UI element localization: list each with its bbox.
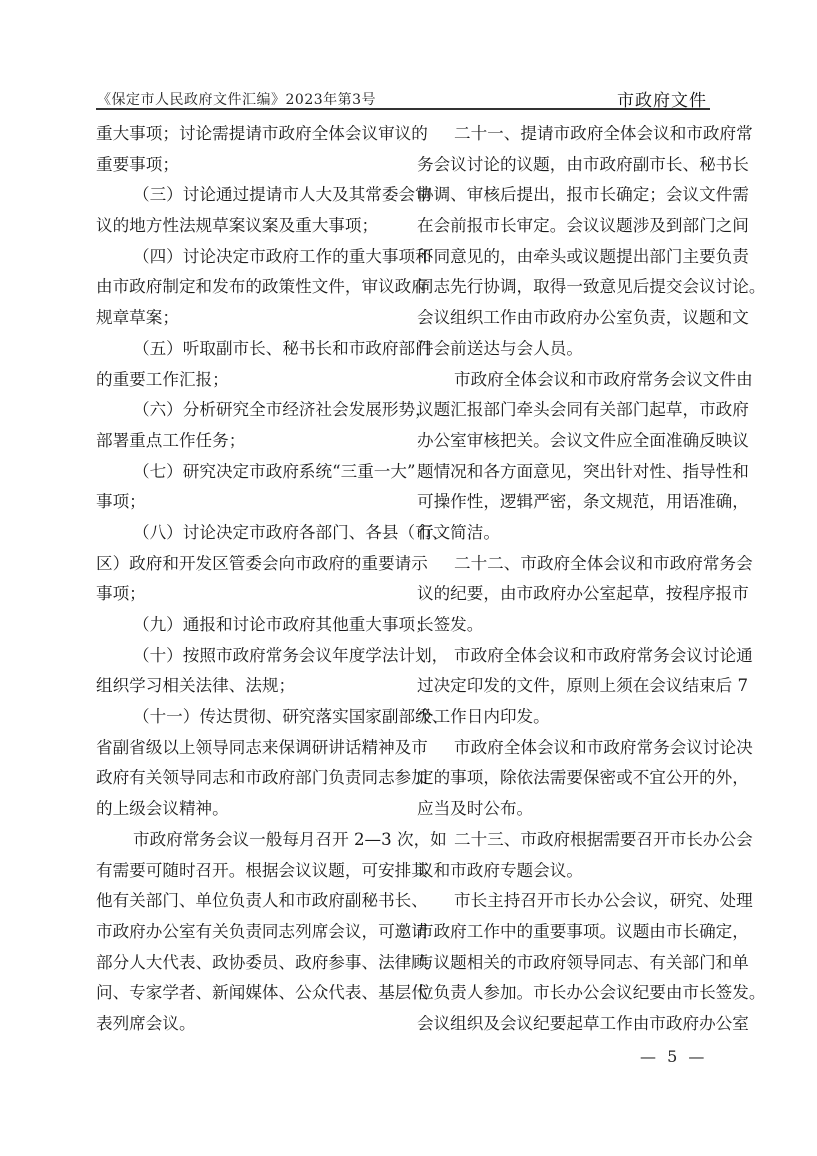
left-text-column: 重大事项；讨论需提请市政府全体会议审议的重要事项；（三）讨论通过提请市人大及其常…	[96, 121, 392, 1042]
text-line: 二十二、市政府全体会议和市政府常务会	[417, 551, 713, 582]
text-line: 可操作性，逻辑严密，条文规范，用语准确，	[417, 489, 713, 520]
text-line: 市政府全体会议和市政府常务会议讨论决	[417, 735, 713, 766]
text-line: 二十三、市政府根据需要召开市长办公会	[417, 827, 713, 858]
text-line: 件会前送达与会人员。	[417, 336, 713, 367]
text-line: 重要事项；	[96, 152, 392, 183]
text-line: 市政府工作中的重要事项。议题由市长确定，	[417, 919, 713, 950]
text-line: 办公室审核把关。会议文件应全面准确反映议	[417, 428, 713, 459]
text-line: 事项；	[96, 489, 392, 520]
text-line: 议题汇报部门牵头会同有关部门起草，市政府	[417, 397, 713, 428]
text-line: 过决定印发的文件，原则上须在会议结束后 7	[417, 673, 713, 704]
text-line: 市政府常务会议一般每月召开 2—3 次，如	[96, 827, 392, 858]
text-line: （十一）传达贯彻、研究落实国家副部级、	[96, 704, 392, 735]
text-line: 区）政府和开发区管委会向市政府的重要请示	[96, 551, 392, 582]
text-line: （八）讨论决定市政府各部门、各县（市、	[96, 520, 392, 551]
text-line: （三）讨论通过提请市人大及其常委会审	[96, 182, 392, 213]
text-line: 的重要工作汇报；	[96, 367, 392, 398]
text-line: 议的纪要，由市政府办公室起草，按程序报市	[417, 581, 713, 612]
text-line: 规章草案；	[96, 305, 392, 336]
text-line: 行文简洁。	[417, 520, 713, 551]
text-line: 表列席会议。	[96, 1011, 392, 1042]
text-line: 定的事项，除依法需要保密或不宜公开的外，	[417, 765, 713, 796]
text-line: （七）研究决定市政府系统“三重一大”	[96, 459, 392, 490]
text-line: 市政府全体会议和市政府常务会议文件由	[417, 367, 713, 398]
text-line: 长签发。	[417, 612, 713, 643]
text-line: 会议组织工作由市政府办公室负责，议题和文	[417, 305, 713, 336]
right-text-column: 二十一、提请市政府全体会议和市政府常务会议讨论的议题，由市政府副市长、秘书长协调…	[417, 121, 713, 1042]
text-line: 有需要可随时召开。根据会议议题，可安排其	[96, 858, 392, 889]
publication-title: 《保定市人民政府文件汇编》2023年第3号	[97, 89, 376, 109]
text-line: 议的地方性法规草案议案及重大事项；	[96, 213, 392, 244]
header-divider	[96, 108, 710, 110]
text-line: 政府有关领导同志和市政府部门负责同志参加	[96, 765, 392, 796]
text-line: 协调、审核后提出，报市长确定；会议文件需	[417, 182, 713, 213]
text-line: 议和市政府专题会议。	[417, 858, 713, 889]
text-line: 他有关部门、单位负责人和市政府副秘书长、	[96, 888, 392, 919]
text-line: 市长主持召开市长办公会议，研究、处理	[417, 888, 713, 919]
text-line: 组织学习相关法律、法规；	[96, 673, 392, 704]
text-line: 个工作日内印发。	[417, 704, 713, 735]
text-line: 部署重点工作任务；	[96, 428, 392, 459]
text-line: （四）讨论决定市政府工作的重大事项和	[96, 244, 392, 275]
text-line: 的上级会议精神。	[96, 796, 392, 827]
text-line: 省副省级以上领导同志来保调研讲话精神及市	[96, 735, 392, 766]
text-line: 会议组织及会议纪要起草工作由市政府办公室	[417, 1011, 713, 1042]
text-line: 同志先行协调，取得一致意见后提交会议讨论。	[417, 274, 713, 305]
text-line: 不同意见的，由牵头或议题提出部门主要负责	[417, 244, 713, 275]
text-line: 问、专家学者、新闻媒体、公众代表、基层代	[96, 980, 392, 1011]
text-line: 应当及时公布。	[417, 796, 713, 827]
text-line: （九）通报和讨论市政府其他重大事项；	[96, 612, 392, 643]
text-line: 市政府办公室有关负责同志列席会议，可邀请	[96, 919, 392, 950]
text-line: 位负责人参加。市长办公会议纪要由市长签发。	[417, 980, 713, 1011]
text-line: 在会前报市长审定。会议议题涉及到部门之间	[417, 213, 713, 244]
text-line: 重大事项；讨论需提请市政府全体会议审议的	[96, 121, 392, 152]
text-line: 题情况和各方面意见，突出针对性、指导性和	[417, 459, 713, 490]
text-line: 务会议讨论的议题，由市政府副市长、秘书长	[417, 152, 713, 183]
text-line: 二十一、提请市政府全体会议和市政府常	[417, 121, 713, 152]
text-line: 部分人大代表、政协委员、政府参事、法律顾	[96, 950, 392, 981]
text-line: 与议题相关的市政府领导同志、有关部门和单	[417, 950, 713, 981]
text-line: （五）听取副市长、秘书长和市政府部门	[96, 336, 392, 367]
text-line: （六）分析研究全市经济社会发展形势，	[96, 397, 392, 428]
text-line: 由市政府制定和发布的政策性文件，审议政府	[96, 274, 392, 305]
text-line: 市政府全体会议和市政府常务会议讨论通	[417, 643, 713, 674]
text-line: 事项；	[96, 581, 392, 612]
text-line: （十）按照市政府常务会议年度学法计划，	[96, 643, 392, 674]
page-number: — 5 —	[640, 1047, 707, 1066]
